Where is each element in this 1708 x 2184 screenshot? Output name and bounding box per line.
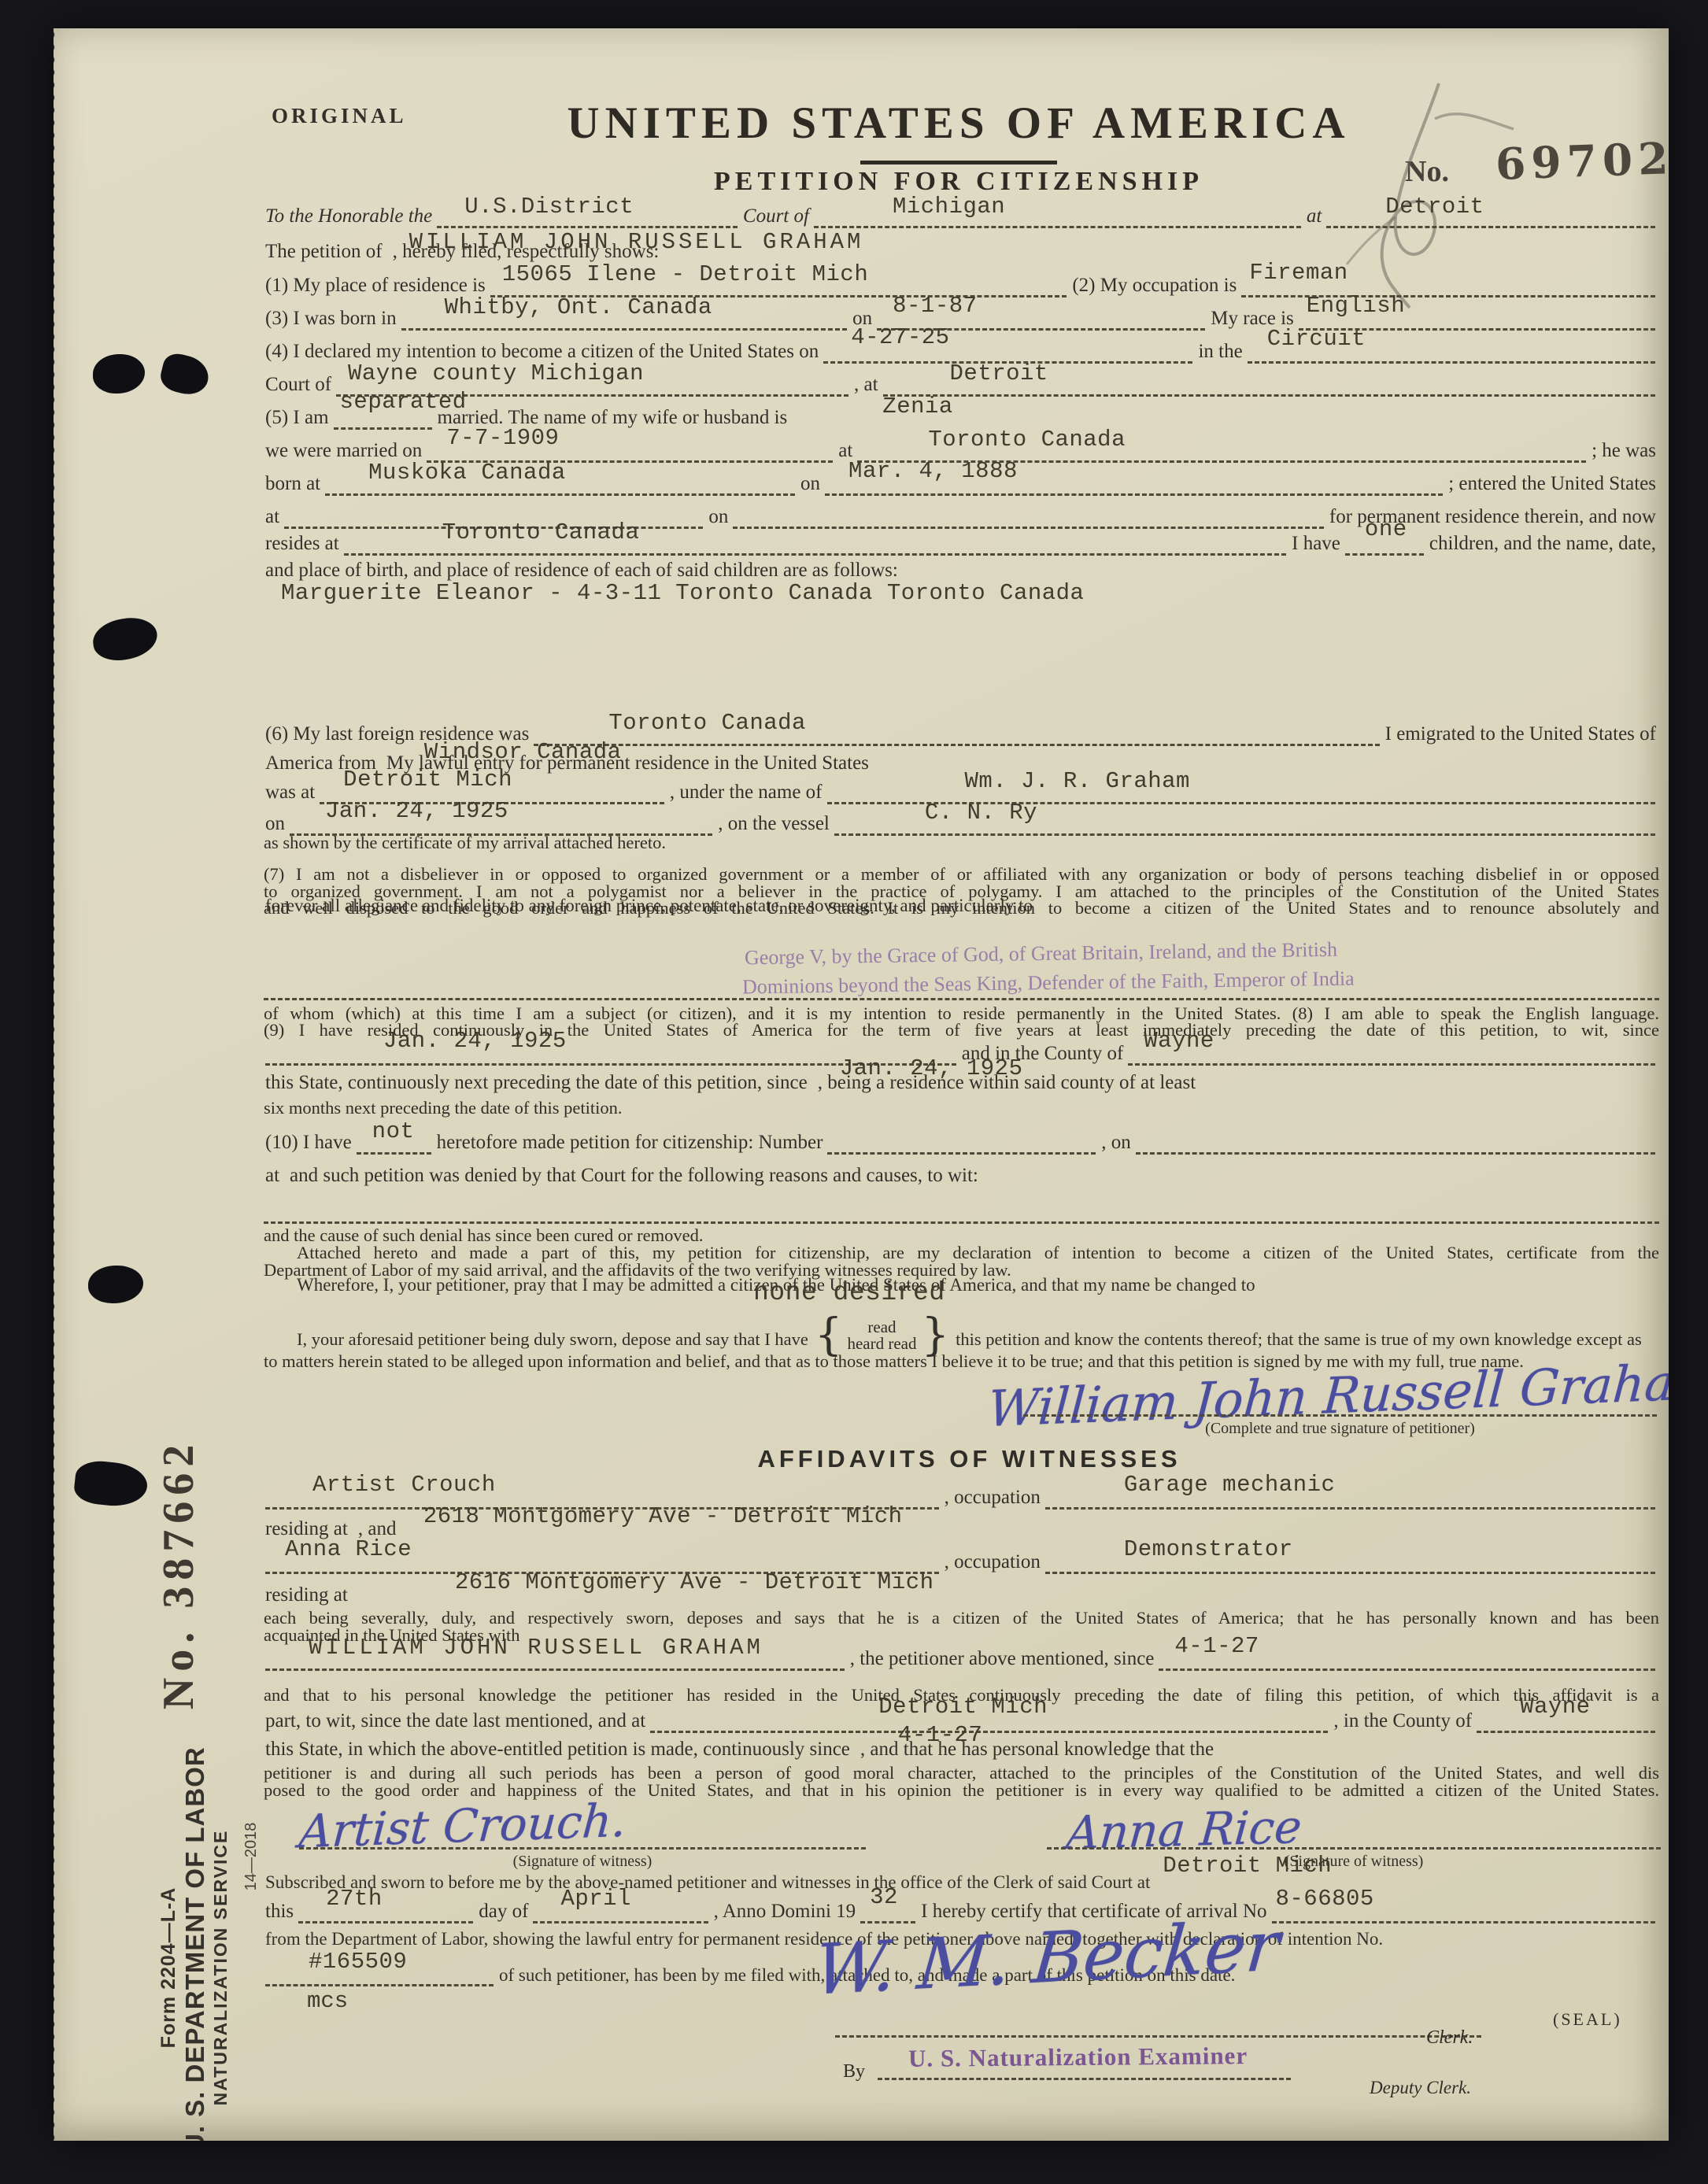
punch-hole [72, 1458, 149, 1509]
spouse-birth-line: born at Muskoka Canada on Mar. 4, 1888 ;… [264, 464, 1659, 496]
court-place-value: Michigan [893, 194, 1005, 220]
clerk-initials: mcs [307, 1988, 348, 2014]
married-date-field: 7-7-1909 [427, 431, 833, 463]
seal-label: (SEAL) [1553, 2009, 1622, 2030]
aff-county-field: Wayne [1477, 1702, 1655, 1733]
punch-hole [88, 1266, 143, 1303]
part-place-field: Detroit Mich [650, 1702, 1328, 1733]
arrival-no-value: 8-66805 [1276, 1886, 1374, 1912]
subscribed-label: Subscribed and sworn to before me by the… [264, 1873, 1153, 1894]
q9-state-line: this State, continuously next preceding … [264, 1063, 1659, 1095]
q9-county-field: Wayne [1128, 1034, 1655, 1066]
witness2-occupation-field: Demonstrator [1045, 1543, 1655, 1574]
witness1-address-line: residing at 2618 Montgomery Ave - Detroi… [264, 1510, 1659, 1541]
oath-line1-post: this petition and know the contents ther… [956, 1329, 1428, 1349]
entered-label: ; entered the United States [1447, 474, 1659, 496]
this-label: this [264, 1901, 297, 1923]
deputy-signature-line [878, 2078, 1291, 2080]
witness2-address-line: residing at 2616 Montgomery Ave - Detroi… [264, 1576, 1659, 1607]
spouse-birthplace-field: Muskoka Canada [325, 464, 795, 496]
q5-label: (5) I am [264, 408, 332, 430]
month-value: April [560, 1886, 631, 1912]
punch-hole [157, 350, 213, 398]
occupation-label2: , occupation [943, 1552, 1044, 1574]
by-label: By [843, 2062, 865, 2082]
aff-state-date-value: 4-1-27 [898, 1722, 982, 1748]
q9-state-date-value: Jan. 24, 1925 [840, 1055, 1023, 1081]
court-place-field: Michigan [814, 197, 1301, 228]
children-value: Marguerite Eleanor - 4-3-11 Toronto Cana… [281, 580, 1084, 606]
q4-court-of-label: Court of [264, 375, 335, 397]
certificate-note: as shown by the certificate of my arriva… [264, 833, 1659, 852]
q4-at-label: , at [852, 375, 882, 397]
intention-no-field: #165509 [265, 1955, 494, 1986]
year-value: 32 [870, 1884, 898, 1910]
vessel-value: C. N. Ry [925, 800, 1037, 826]
q9-six-months: six months next preceding the date of th… [264, 1099, 1659, 1117]
entry-date-line: on Jan. 24, 1925 , on the vessel C. N. R… [264, 804, 1659, 836]
emigrated-from-value: Windsor Canada [424, 739, 622, 765]
q10-on-label: , on [1100, 1133, 1134, 1155]
petition-document-page: No. 387662 Form 2204—L-A U. S. DEPARTMEN… [54, 28, 1669, 2141]
birthdate-value: 8-1-87 [893, 293, 977, 319]
foreign-residence-field: Toronto Canada [534, 715, 1379, 746]
witness1-occupation-field: Garage mechanic [1045, 1478, 1655, 1510]
affidavits-title: AFFIDAVITS OF WITNESSES [279, 1445, 1659, 1473]
spacer [1238, 1955, 1659, 1986]
day-of-label: day of [477, 1901, 531, 1923]
department-label: U. S. DEPARTMENT OF LABOR [180, 1783, 210, 2141]
intention-court-value: Circuit [1267, 326, 1366, 352]
jurat-place-value: Detroit Mich [1163, 1853, 1332, 1879]
intention-date-value: 4-27-25 [851, 324, 949, 350]
character-line2: posed to the good order and happiness of… [264, 1781, 1659, 1799]
marital-status-field: separated [334, 398, 432, 430]
royal-stamp-line1: George V, by the Grace of God, of Great … [745, 938, 1337, 970]
since-label: , the petitioner above mentioned, since [848, 1649, 1158, 1671]
q10-denied-label: and such petition was denied by that Cou… [288, 1166, 982, 1188]
heard-read-option: heard read [847, 1336, 916, 1352]
name-change-line: none desired [264, 1286, 1659, 1317]
day-value: 27th [326, 1886, 383, 1912]
perforated-edge [54, 28, 59, 2141]
at-label: at [1305, 206, 1325, 228]
punch-hole [93, 354, 145, 394]
he-was-label: ; he was [1590, 441, 1659, 463]
birthplace-value: Whitby, Ont. Canada [445, 294, 712, 320]
in-the-label: in the [1196, 342, 1245, 364]
q10-label: (10) I have [264, 1133, 355, 1155]
known-name-line: WILLIAM JOHN RUSSELL GRAHAM , the petiti… [264, 1639, 1659, 1671]
denial-dotline [264, 1221, 1659, 1224]
aff-county-value: Wayne [1520, 1694, 1591, 1720]
petitioner-name-value: WILLIAM JOHN RUSSELL GRAHAM [409, 229, 864, 255]
intention-court-field: Circuit [1248, 332, 1655, 364]
known-name-value: WILLIAM JOHN RUSSELL GRAHAM [309, 1635, 763, 1661]
read-option: read [847, 1319, 916, 1336]
q7-line4: forever all allegiance and fidelity to a… [264, 895, 1659, 915]
under-name-label: , under the name of [668, 782, 826, 804]
at-place-value: Detroit [1385, 194, 1484, 220]
form-content: To the Honorable the U.S.District Court … [264, 28, 1659, 2141]
court-name-field: U.S.District [437, 197, 738, 228]
day-field: 27th [298, 1892, 473, 1923]
print-code: 14—2018 [242, 1805, 261, 1908]
witness2-address-value: 2616 Montgomery Ave - Detroit Mich [455, 1569, 934, 1595]
children-count-value: one [1365, 516, 1407, 542]
children-line2-label: and place of birth, and place of residen… [264, 560, 901, 582]
intention-date-field: 4-27-25 [823, 332, 1192, 364]
petition-of-label: The petition of [264, 242, 386, 264]
emigrated-label: I emigrated to the United States of [1384, 724, 1659, 746]
witness2-signature-line [1047, 1847, 1661, 1850]
q10-line: (10) I have not heretofore made petition… [264, 1123, 1659, 1155]
intention-place-value: Detroit [950, 360, 1048, 386]
q9-since-value: Jan. 24, 1925 [383, 1028, 567, 1054]
race-value: English [1307, 293, 1405, 319]
q10-heretofore-label: heretofore made petition for citizenship… [435, 1133, 826, 1155]
court-name-value: U.S.District [464, 194, 634, 220]
document-number-stamp: No. 387662 [153, 1354, 240, 1794]
form-number: Form 2204—L-A [157, 1783, 180, 2141]
witness2-occupation-value: Demonstrator [1124, 1536, 1293, 1562]
q10-not-value: not [372, 1118, 415, 1144]
was-at-label: was at [264, 782, 318, 804]
oath-line1-pre: I, your aforesaid petitioner being duly … [297, 1329, 808, 1349]
known-name-field: WILLIAM JOHN RUSSELL GRAHAM [265, 1639, 845, 1671]
deputy-clerk-label: Deputy Clerk. [1370, 2079, 1471, 2097]
spouse-birthdate-value: Mar. 4, 1888 [848, 458, 1018, 484]
close-brace: } [921, 1316, 949, 1355]
read-options: {readheard read} [815, 1324, 949, 1347]
petitioner-line: The petition of WILLIAM JOHN RUSSELL GRA… [264, 232, 1659, 264]
entry-date-field: Jan. 24, 1925 [290, 804, 712, 836]
q10-number-field [827, 1123, 1096, 1155]
q10-not-field: not [357, 1123, 431, 1155]
spouse-on-label: on [799, 474, 823, 496]
service-label: NATURALIZATION SERVICE [210, 1783, 231, 2141]
occupation-label: , occupation [943, 1487, 1044, 1510]
petitioner-signature-line [1023, 1414, 1657, 1417]
occupation-field: Fireman [1241, 266, 1655, 297]
court-line: To the Honorable the U.S.District Court … [264, 197, 1659, 228]
witness2-name-value: Anna Rice [285, 1536, 412, 1562]
aff-state-label: this State, in which the above-entitled … [264, 1739, 853, 1761]
spouse-birthdate-field: Mar. 4, 1888 [825, 464, 1443, 496]
spouse-birthplace-value: Muskoka Canada [368, 460, 566, 486]
name-change-value: none desired [753, 1278, 945, 1307]
punch-hole [91, 615, 160, 664]
clerk-signature-line [835, 2035, 1481, 2038]
character-line1: petitioner is and during all such period… [264, 1764, 1659, 1782]
residence-field: 15065 Ilene - Detroit Mich [490, 266, 1067, 297]
children-blank-line [264, 616, 1659, 648]
court-of-label: Court of [741, 206, 812, 228]
intention-court-line: Court of Wayne county Michigan , at Detr… [264, 365, 1659, 397]
q9-county-value: Wayne [1144, 1028, 1214, 1054]
witness2-signature: Anna Rice [1064, 1800, 1303, 1860]
vessel-label: , on the vessel [716, 814, 833, 836]
intention-line: (4) I declared my intention to become a … [264, 332, 1659, 364]
children-intro-line: and place of birth, and place of residen… [264, 551, 1659, 582]
since-date-field: 4-1-27 [1159, 1639, 1655, 1671]
at-place-field: Detroit [1326, 197, 1655, 228]
children-blank-line [264, 649, 1659, 680]
attached-line1: Attached hereto and made a part of this,… [264, 1244, 1659, 1262]
witness1-address-value: 2618 Montgomery Ave - Detroit Mich [423, 1503, 903, 1529]
witness1-name-value: Artist Crouch [312, 1472, 496, 1498]
arrival-no-field: 8-66805 [1272, 1892, 1655, 1923]
intention-no-value: #165509 [309, 1949, 407, 1975]
q10-at-label: at [264, 1166, 283, 1188]
jurat-date-line: this 27th day of April , Anno Domini 19 … [264, 1892, 1659, 1923]
q10-cured: and the cause of such denial has since b… [264, 1226, 1659, 1244]
birth-line: (3) I was born in Whitby, Ont. Canada on… [264, 299, 1659, 331]
vessel-field: C. N. Ry [834, 804, 1655, 836]
anno-label: , Anno Domini 19 [712, 1901, 860, 1923]
sworn-line1: each being severally, duly, and respecti… [264, 1609, 1659, 1627]
q2-label: (2) My occupation is [1070, 275, 1240, 297]
occupation-value: Fireman [1249, 260, 1348, 286]
separator-dotline [264, 998, 1659, 1000]
residing-label2: residing at [264, 1585, 351, 1607]
open-brace: { [815, 1316, 843, 1355]
to-honorable-label: To the Honorable the [264, 206, 435, 228]
q10-at-line: at and such petition was denied by that … [264, 1156, 1659, 1188]
married-place-value: Toronto Canada [928, 427, 1126, 453]
marital-status-value: separated [340, 389, 467, 415]
intention-place-field: Detroit [883, 365, 1655, 397]
spouse-residence-value: Toronto Canada [442, 519, 640, 545]
entry-date-value: Jan. 24, 1925 [325, 798, 508, 824]
aff-state-line: this State, in which the above-entitled … [264, 1730, 1659, 1761]
q7-line1: (7) I am not a disbeliever in or opposed… [264, 865, 1659, 883]
entry-name-value: Wm. J. R. Graham [965, 768, 1190, 794]
since-date-value: 4-1-27 [1174, 1633, 1259, 1659]
witness1-occupation-value: Garage mechanic [1124, 1472, 1336, 1498]
q7-line4-text: forever all allegiance and fidelity to a… [264, 896, 1036, 915]
year-field: 32 [860, 1892, 915, 1923]
residence-value: 15065 Ilene - Detroit Mich [502, 261, 868, 287]
children-blank-line [264, 681, 1659, 712]
born-at-label: born at [264, 474, 323, 496]
children-list-line: Marguerite Eleanor - 4-3-11 Toronto Cana… [264, 583, 1659, 615]
petitioner-signature-caption: (Complete and true signature of petition… [1023, 1420, 1657, 1438]
subscribed-line: Subscribed and sworn to before me by the… [264, 1862, 1659, 1894]
month-field: April [533, 1892, 708, 1923]
examiner-stamp: U. S. Naturalization Examiner [908, 2042, 1248, 2073]
royal-stamp-line2: Dominions beyond the Seas King, Defender… [742, 967, 1355, 1000]
q9-state-label: this State, continuously next preceding … [264, 1073, 811, 1095]
entry-port-value: Detroit Mich [343, 767, 512, 793]
q3-label: (3) I was born in [264, 309, 400, 331]
spouse-name-value: Zenia [882, 394, 953, 419]
q10-date-field [1136, 1123, 1655, 1155]
foreign-residence-value: Toronto Canada [608, 710, 806, 736]
married-date-value: 7-7-1909 [446, 425, 559, 451]
birthplace-field: Whitby, Ont. Canada [401, 299, 847, 331]
intention-court-name-value: Wayne county Michigan [348, 360, 644, 386]
part-place-value: Detroit Mich [878, 1694, 1048, 1720]
witness1-signature-line [299, 1847, 866, 1850]
clerk-label: Clerk. [1426, 2028, 1473, 2048]
